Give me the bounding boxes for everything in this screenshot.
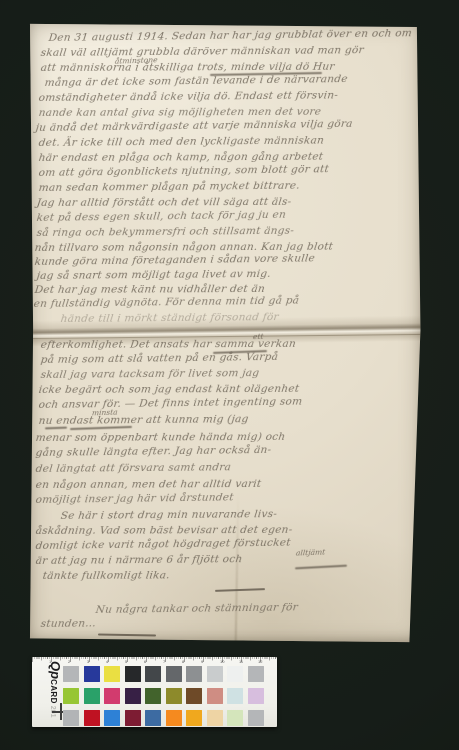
ruler-number: 10 xyxy=(220,660,224,664)
color-patch xyxy=(248,666,264,682)
color-patch xyxy=(166,688,182,704)
color-patch xyxy=(186,666,202,682)
handwriting-line: om att göra ögonblickets njutning, som b… xyxy=(38,163,330,179)
handwriting-line: stunden… xyxy=(40,618,97,630)
handwriting-line: tänkte fullkomligt lika. xyxy=(42,569,171,582)
color-patch xyxy=(63,688,79,704)
insertion-word: alltjämt xyxy=(296,547,326,557)
handwriting-line: många är det icke som fastän levande i d… xyxy=(44,73,348,89)
handwriting-line: gång skulle längta efter. Jag har också … xyxy=(35,444,272,459)
handwriting-line: Det har jag mest känt nu vidhåller det ä… xyxy=(34,283,266,296)
color-patch xyxy=(84,688,100,704)
card-brand-qp: Qp xyxy=(48,661,63,679)
ruler-number: 8 xyxy=(182,660,184,664)
handwriting-line: åskådning. Vad som bäst bevisar att det … xyxy=(35,524,293,537)
handwriting-line: skall väl alltjämt grubbla däröver männi… xyxy=(40,44,364,59)
card-brand-card: CARD xyxy=(49,679,58,704)
handwriting-line: nu endast kommer att kunna mig (jag xyxy=(38,413,249,427)
color-patch xyxy=(145,710,161,726)
handwriting-line: man sedan kommer plågan på mycket bittra… xyxy=(38,180,301,194)
color-patch xyxy=(207,688,223,704)
handwriting-line: en fullständig vägnöta. För denna min ti… xyxy=(33,295,300,310)
handwriting-line: ket på dess egen skull, och tack för jag… xyxy=(36,209,287,224)
handwriting-line: Se här i stort drag min nuvarande livs- xyxy=(60,508,278,522)
color-patch xyxy=(104,666,120,682)
handwriting-line: så ringa och bekymmersfri och stillsamt … xyxy=(36,225,295,239)
color-calibration-card: 123456789101112 QpCARD201 xyxy=(32,657,277,727)
handwriting-line: och ansvar för. — Det finns intet ingent… xyxy=(38,396,303,411)
ruler-number: 9 xyxy=(201,660,203,664)
color-patch xyxy=(227,688,243,704)
color-patch xyxy=(145,666,161,682)
color-patch xyxy=(104,710,120,726)
ruler-number: 11 xyxy=(239,660,243,664)
insertion-word: minsta xyxy=(92,408,119,418)
insertion-word: åtminstone xyxy=(115,55,158,65)
color-patch xyxy=(166,666,182,682)
handwriting-line: på mig som att slå vatten på en gås. Var… xyxy=(40,351,279,366)
color-patch xyxy=(186,688,202,704)
insertion-word: ett xyxy=(253,332,264,341)
strikethrough-mark xyxy=(295,565,347,570)
handwriting-line: en någon annan, men det har alltid varit xyxy=(35,478,262,491)
handwriting-line: hände till i mörkt ständigt försonad för xyxy=(60,311,279,325)
handwriting-line: jag så snart som möjligt taga livet av m… xyxy=(36,268,272,282)
ruler-number: 2 xyxy=(68,660,70,664)
color-patch xyxy=(166,710,182,726)
color-patch xyxy=(63,666,79,682)
color-patch xyxy=(248,688,264,704)
color-patch xyxy=(248,710,264,726)
color-patch xyxy=(84,666,100,682)
underline-mark xyxy=(215,588,265,591)
ruler-number: 5 xyxy=(125,660,127,664)
handwriting-line: ju ändå det märkvärdigaste att varje män… xyxy=(35,118,353,134)
letter-page: Den 31 augusti 1914. Sedan har har jag g… xyxy=(28,22,422,644)
color-patch xyxy=(227,710,243,726)
ruler-number: 7 xyxy=(163,660,165,664)
handwriting-line: omöjligt inser jag här vid årstundet xyxy=(35,491,234,506)
photo-background: Den 31 augusti 1914. Sedan har har jag g… xyxy=(0,0,459,750)
color-patch xyxy=(227,666,243,682)
color-patch xyxy=(63,710,79,726)
handwriting-line: Jag har alltid förstått och det vill säg… xyxy=(36,196,292,209)
handwriting-line: nande kan antal giva sig möjligheten men… xyxy=(38,106,322,119)
color-patch xyxy=(125,666,141,682)
ruler-number: 4 xyxy=(106,660,108,664)
handwriting-line: del längtat att försvara samt andra xyxy=(35,461,232,475)
handwriting-line: domligt icke varit något högdraget först… xyxy=(35,537,291,552)
handwriting-line: omständigheter ändå icke vilja dö. Endas… xyxy=(38,89,339,104)
handwriting-line: är att jag nu i närmare 6 år fljött och xyxy=(35,553,243,567)
ruler-number: 3 xyxy=(87,660,89,664)
underline-mark xyxy=(98,633,156,636)
strikethrough-mark xyxy=(45,427,67,430)
handwriting-line: det. Är icke till och med den lyckligast… xyxy=(38,135,325,149)
handwriting-line: kunde göra mina företaganden i sådan vor… xyxy=(34,252,316,268)
color-patch xyxy=(125,710,141,726)
handwriting-line: här endast en plåga och kamp, någon gång… xyxy=(38,151,324,164)
handwriting-line: Den 31 augusti 1914. Sedan har har jag g… xyxy=(48,27,413,44)
handwriting-line: skall jag vara tacksam för livet som jag xyxy=(40,367,260,381)
color-patch xyxy=(125,688,141,704)
ruler-number: 6 xyxy=(144,660,146,664)
color-patch xyxy=(84,710,100,726)
handwriting-line: menar som öppenbart kunde hända mig) och xyxy=(35,431,286,444)
handwriting-line: Nu några tankar och stämningar för xyxy=(95,601,299,616)
color-patch xyxy=(104,688,120,704)
color-patch xyxy=(186,710,202,726)
color-patch xyxy=(145,688,161,704)
ruler-number: 12 xyxy=(258,660,262,664)
color-patch xyxy=(207,666,223,682)
color-patch xyxy=(207,710,223,726)
handwriting-line: icke begärt och som jag endast känt oläg… xyxy=(38,383,300,396)
